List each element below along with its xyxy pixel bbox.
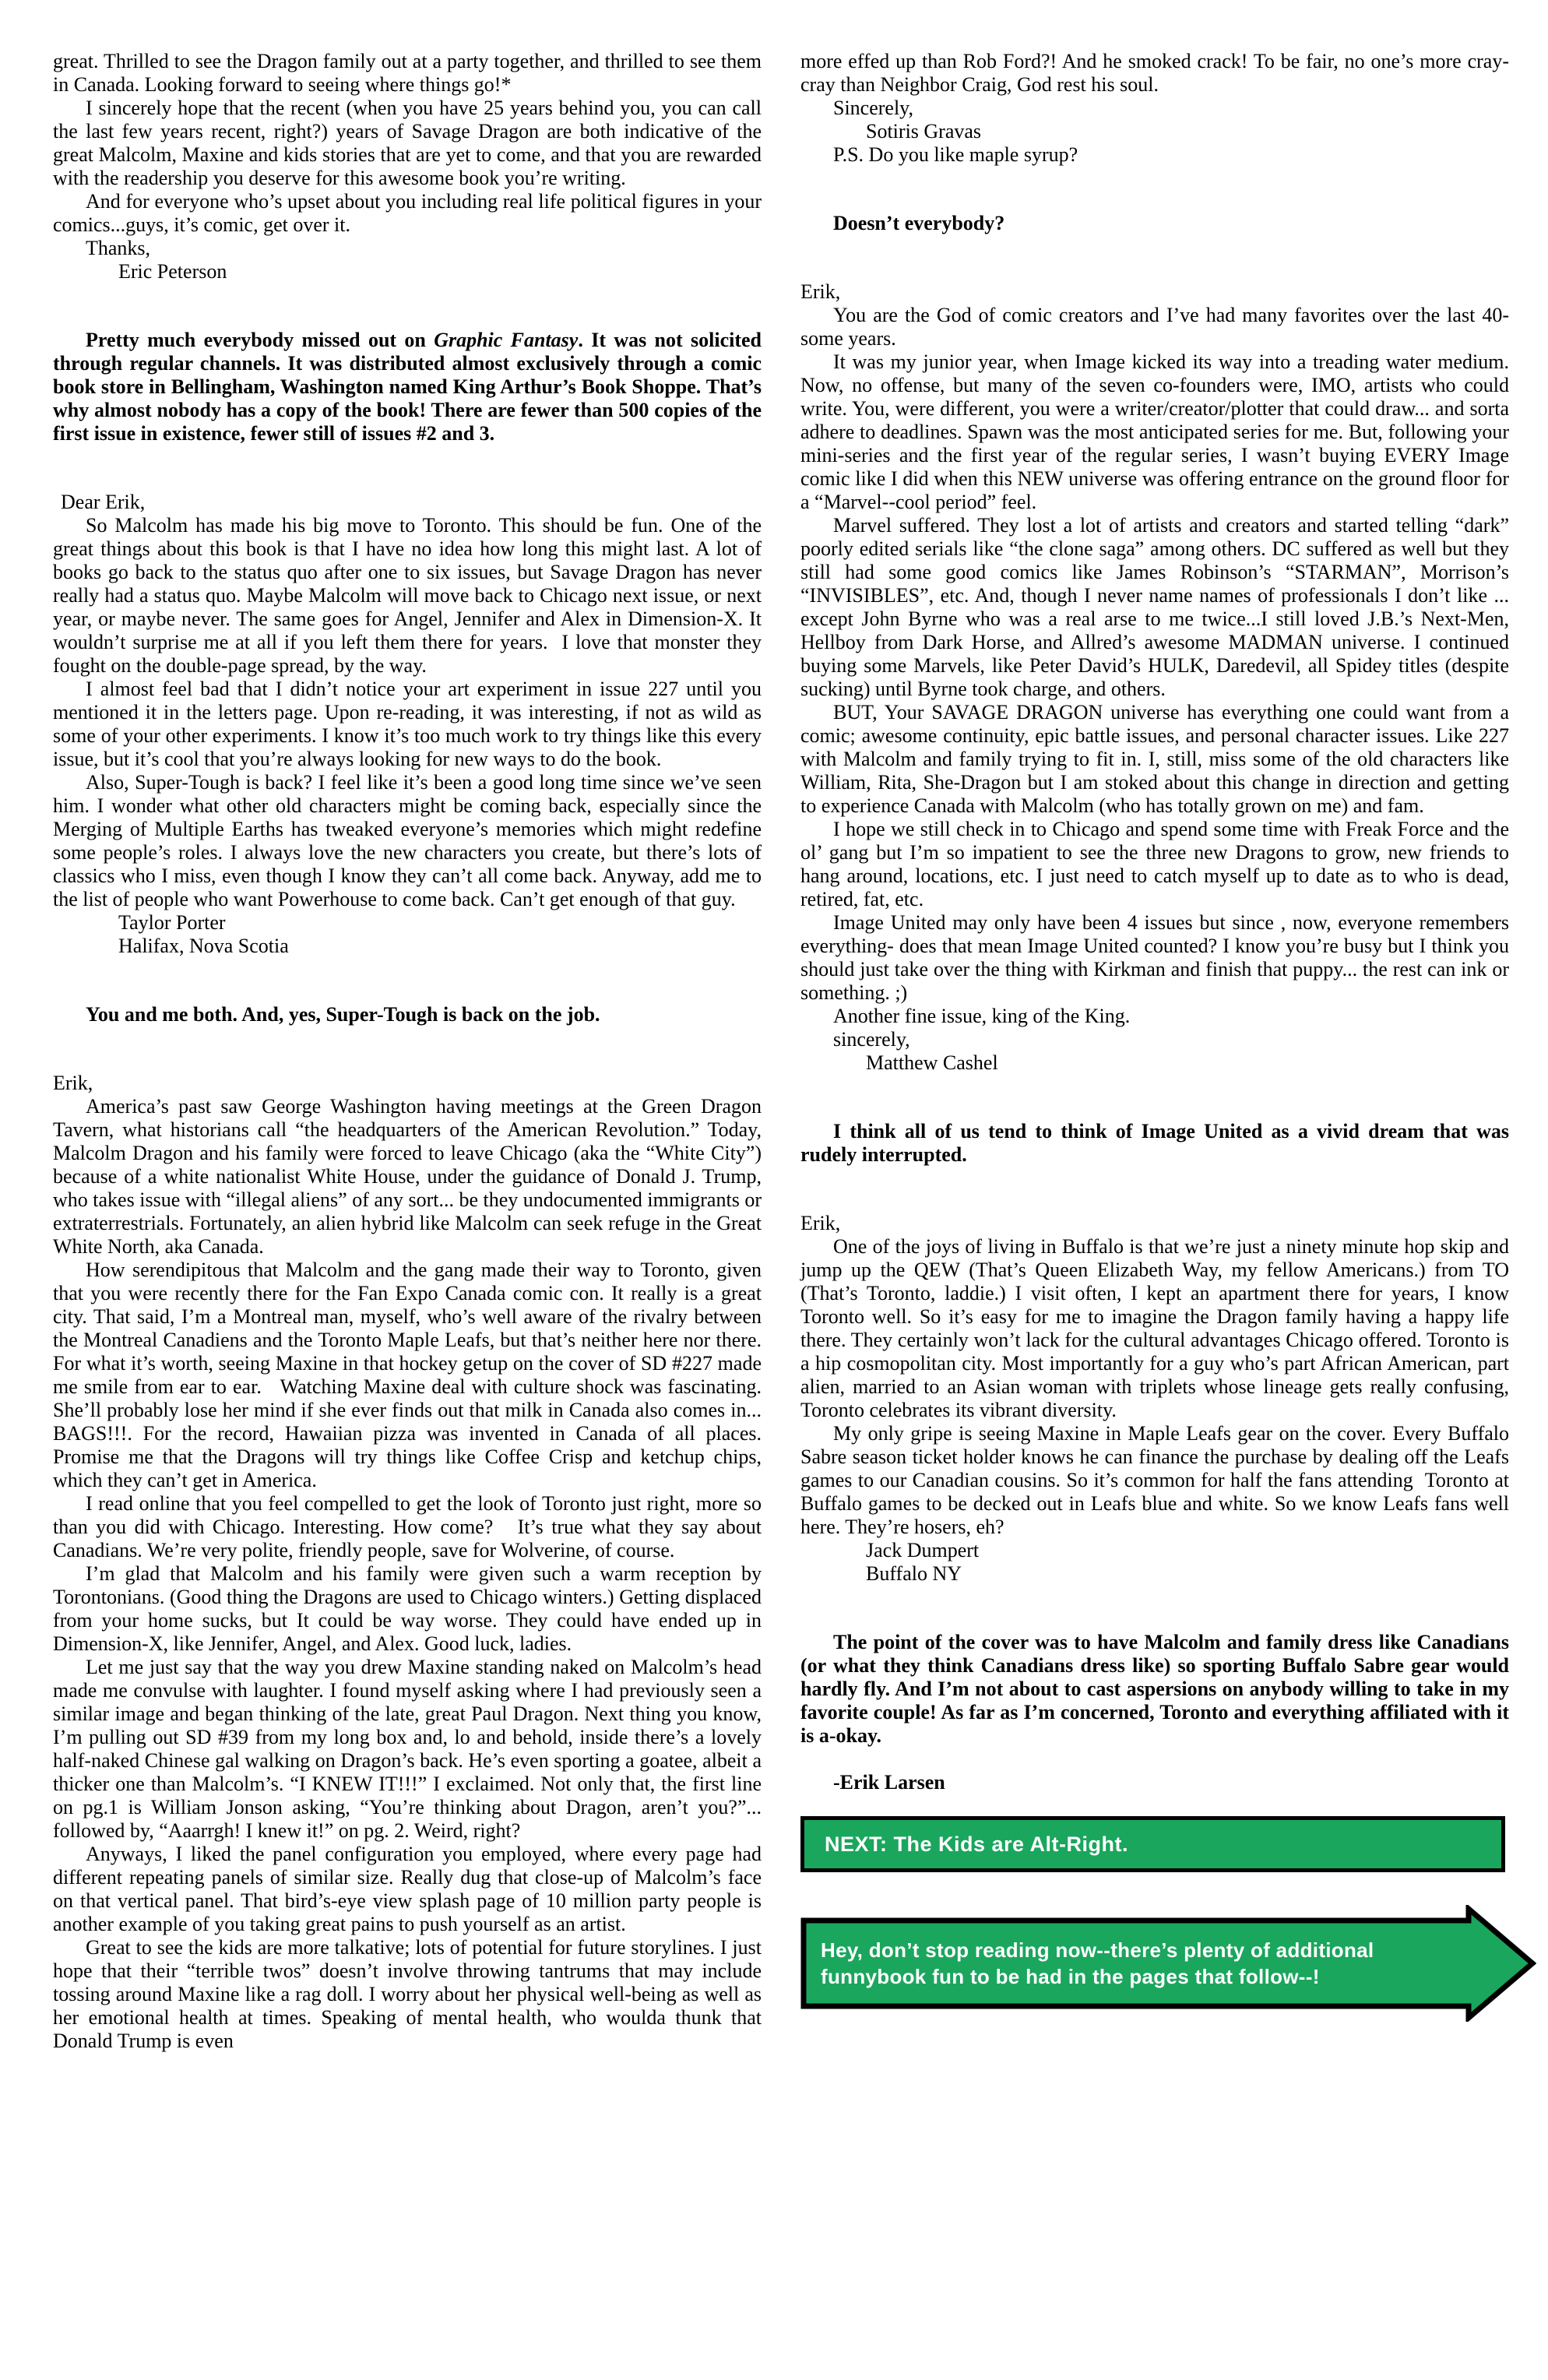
- letter-signature: sincerely,: [800, 1028, 1509, 1051]
- letter-paragraph: I sincerely hope that the recent (when y…: [53, 97, 762, 190]
- letter-signature: Taylor Porter: [53, 911, 762, 935]
- letter-paragraph: Also, Super-Tough is back? I feel like i…: [53, 771, 762, 911]
- editor-response: The point of the cover was to have Malco…: [800, 1631, 1509, 1748]
- arrow-banner-line2: funnybook fun to be had in the pages tha…: [821, 1963, 1374, 1990]
- letter-signature: Buffalo NY: [800, 1562, 1509, 1586]
- letter-paragraph: Image United may only have been 4 issues…: [800, 911, 1509, 1005]
- letter-paragraph: BUT, Your SAVAGE DRAGON universe has eve…: [800, 701, 1509, 818]
- letter-paragraph: Let me just say that the way you drew Ma…: [53, 1656, 762, 1843]
- editor-signature: -Erik Larsen: [800, 1771, 1509, 1794]
- text-run: Graphic Fantasy: [434, 329, 578, 351]
- letter-paragraph: I read online that you feel compelled to…: [53, 1492, 762, 1562]
- letter-paragraph: You are the God of comic creators and I’…: [800, 304, 1509, 350]
- left-column: great. Thrilled to see the Dragon family…: [53, 50, 762, 2380]
- letter-signature: Matthew Cashel: [800, 1051, 1509, 1075]
- letter-paragraph: How serendipitous that Malcolm and the g…: [53, 1259, 762, 1492]
- letter-signature: P.S. Do you like maple syrup?: [800, 143, 1509, 167]
- editor-response: You and me both. And, yes, Super-Tough i…: [53, 1003, 762, 1026]
- letter-paragraph: I almost feel bad that I didn’t notice y…: [53, 678, 762, 771]
- continue-reading-arrow: Hey, don’t stop reading now--there’s ple…: [800, 1905, 1536, 2022]
- letter-salutation: Erik,: [800, 280, 1509, 304]
- arrow-banner-text: Hey, don’t stop reading now--there’s ple…: [821, 1937, 1374, 1990]
- letter-signature: Eric Peterson: [53, 260, 762, 283]
- right-column-text: more effed up than Rob Ford?! And he smo…: [800, 50, 1509, 1794]
- letter-paragraph: Anyways, I liked the panel configuration…: [53, 1843, 762, 1936]
- letter-signature: Sincerely,: [800, 97, 1509, 120]
- letter-paragraph: I’m glad that Malcolm and his family wer…: [53, 1562, 762, 1656]
- letter-signature: Halifax, Nova Scotia: [53, 935, 762, 958]
- letter-paragraph: And for everyone who’s upset about you i…: [53, 190, 762, 237]
- letter-paragraph: more effed up than Rob Ford?! And he smo…: [800, 50, 1509, 97]
- letters-page: great. Thrilled to see the Dragon family…: [0, 0, 1548, 2380]
- letter-paragraph: great. Thrilled to see the Dragon family…: [53, 50, 762, 97]
- letter-paragraph: So Malcolm has made his big move to Toro…: [53, 514, 762, 678]
- letter-signature: Jack Dumpert: [800, 1539, 1509, 1562]
- letter-paragraph: I hope we still check in to Chicago and …: [800, 818, 1509, 911]
- letter-paragraph: America’s past saw George Washington hav…: [53, 1095, 762, 1259]
- next-issue-banner: NEXT: The Kids are Alt-Right.: [800, 1816, 1505, 1872]
- letter-paragraph: Great to see the kids are more talkative…: [53, 1936, 762, 2053]
- letter-signature: Sotiris Gravas: [800, 120, 1509, 143]
- letter-signature: Thanks,: [53, 237, 762, 260]
- right-column: more effed up than Rob Ford?! And he smo…: [800, 50, 1509, 2380]
- letter-salutation: Erik,: [53, 1072, 762, 1095]
- letter-paragraph: One of the joys of living in Buffalo is …: [800, 1235, 1509, 1422]
- letter-paragraph: It was my junior year, when Image kicked…: [800, 350, 1509, 514]
- letter-salutation: Erik,: [800, 1212, 1509, 1235]
- text-run: Pretty much everybody missed out on: [86, 329, 434, 351]
- editor-response: I think all of us tend to think of Image…: [800, 1120, 1509, 1167]
- editor-response: Pretty much everybody missed out on Grap…: [53, 329, 762, 445]
- letter-paragraph: Marvel suffered. They lost a lot of arti…: [800, 514, 1509, 701]
- letter-signature: Another fine issue, king of the King.: [800, 1005, 1509, 1028]
- next-issue-label: NEXT: The Kids are Alt-Right.: [825, 1833, 1128, 1856]
- editor-response: Doesn’t everybody?: [800, 212, 1509, 235]
- arrow-banner-line1: Hey, don’t stop reading now--there’s ple…: [821, 1937, 1374, 1963]
- letter-salutation: Dear Erik,: [53, 491, 762, 514]
- letter-paragraph: My only gripe is seeing Maxine in Maple …: [800, 1422, 1509, 1539]
